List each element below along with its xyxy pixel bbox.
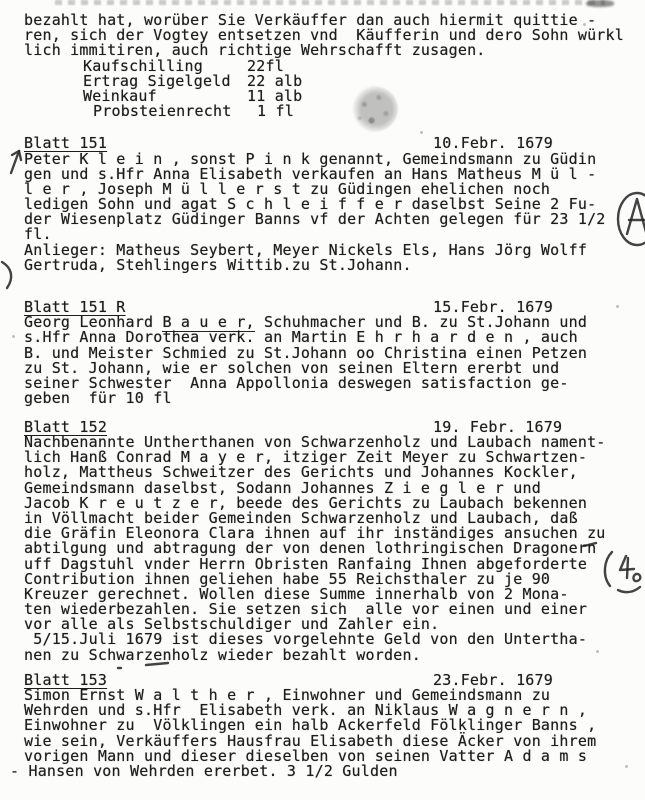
text-body: bezahlt hat, worüber Sie Verkäuffer dan … [24, 13, 645, 779]
handwritten-margin-numeral [4, 148, 26, 176]
entry-date: 19. Febr. 1679 [433, 420, 562, 435]
entry-date: 23.Febr. 1679 [433, 673, 553, 688]
entry-heading: Blatt 151 R 15.Febr. 1679 [24, 300, 645, 315]
entry-blatt-151: Blatt 151 10.Febr. 1679 Peter K l e i n … [24, 136, 645, 273]
entry-date: 10.Febr. 1679 [433, 136, 553, 151]
text-line: der Wiesenplatz Güdinger Banns vf der Ac… [24, 212, 645, 227]
document-scan-page: bezahlt hat, worüber Sie Verkäuffer dan … [0, 0, 645, 800]
blatt-number: Blatt 152 [24, 418, 107, 436]
intro-paragraph: bezahlt hat, worüber Sie Verkäuffer dan … [24, 13, 645, 59]
fee-label: Probsteienrecht [93, 104, 257, 119]
entry-blatt-153: Blatt 153 23.Febr. 1679 Simon Ernst W a … [24, 673, 645, 779]
blatt-number: Blatt 151 R [24, 298, 126, 316]
entry-heading: Blatt 153 23.Febr. 1679 [24, 673, 645, 688]
cut-off-line-artifact [55, 0, 605, 5]
text-line: Gertruda, Stehlingers Wittib.zu St.Johan… [24, 258, 645, 273]
ink-blob-artifact [586, 0, 614, 7]
text-line: nen zu Schwarzenholz wieder bezahlt word… [24, 648, 645, 663]
entry-heading: Blatt 151 10.Febr. 1679 [24, 136, 645, 151]
fee-row: Probsteienrecht1 fl [24, 104, 645, 119]
entry-date: 15.Febr. 1679 [433, 300, 553, 315]
blatt-number: Blatt 151 [24, 134, 107, 152]
fee-value: 1 fl [257, 102, 294, 120]
blatt-number: Blatt 153 [24, 671, 107, 689]
handwritten-left-hook-mark [0, 258, 18, 292]
text-line: - Hansen von Wehrden ererbet. 3 1/2 Guld… [10, 764, 645, 779]
entry-blatt-152: Blatt 152 19. Febr. 1679 Nachbenannte Un… [24, 420, 645, 663]
speck [12, 335, 15, 338]
entry-heading: Blatt 152 19. Febr. 1679 [24, 420, 645, 435]
fee-table: Kaufschilling22fl Ertrag Sigelgeld22 alb… [24, 59, 645, 120]
text-line: geben für 10 fl [24, 391, 645, 406]
entry-blatt-151r: Blatt 151 R 15.Febr. 1679 Georg Leonhard… [24, 300, 645, 406]
